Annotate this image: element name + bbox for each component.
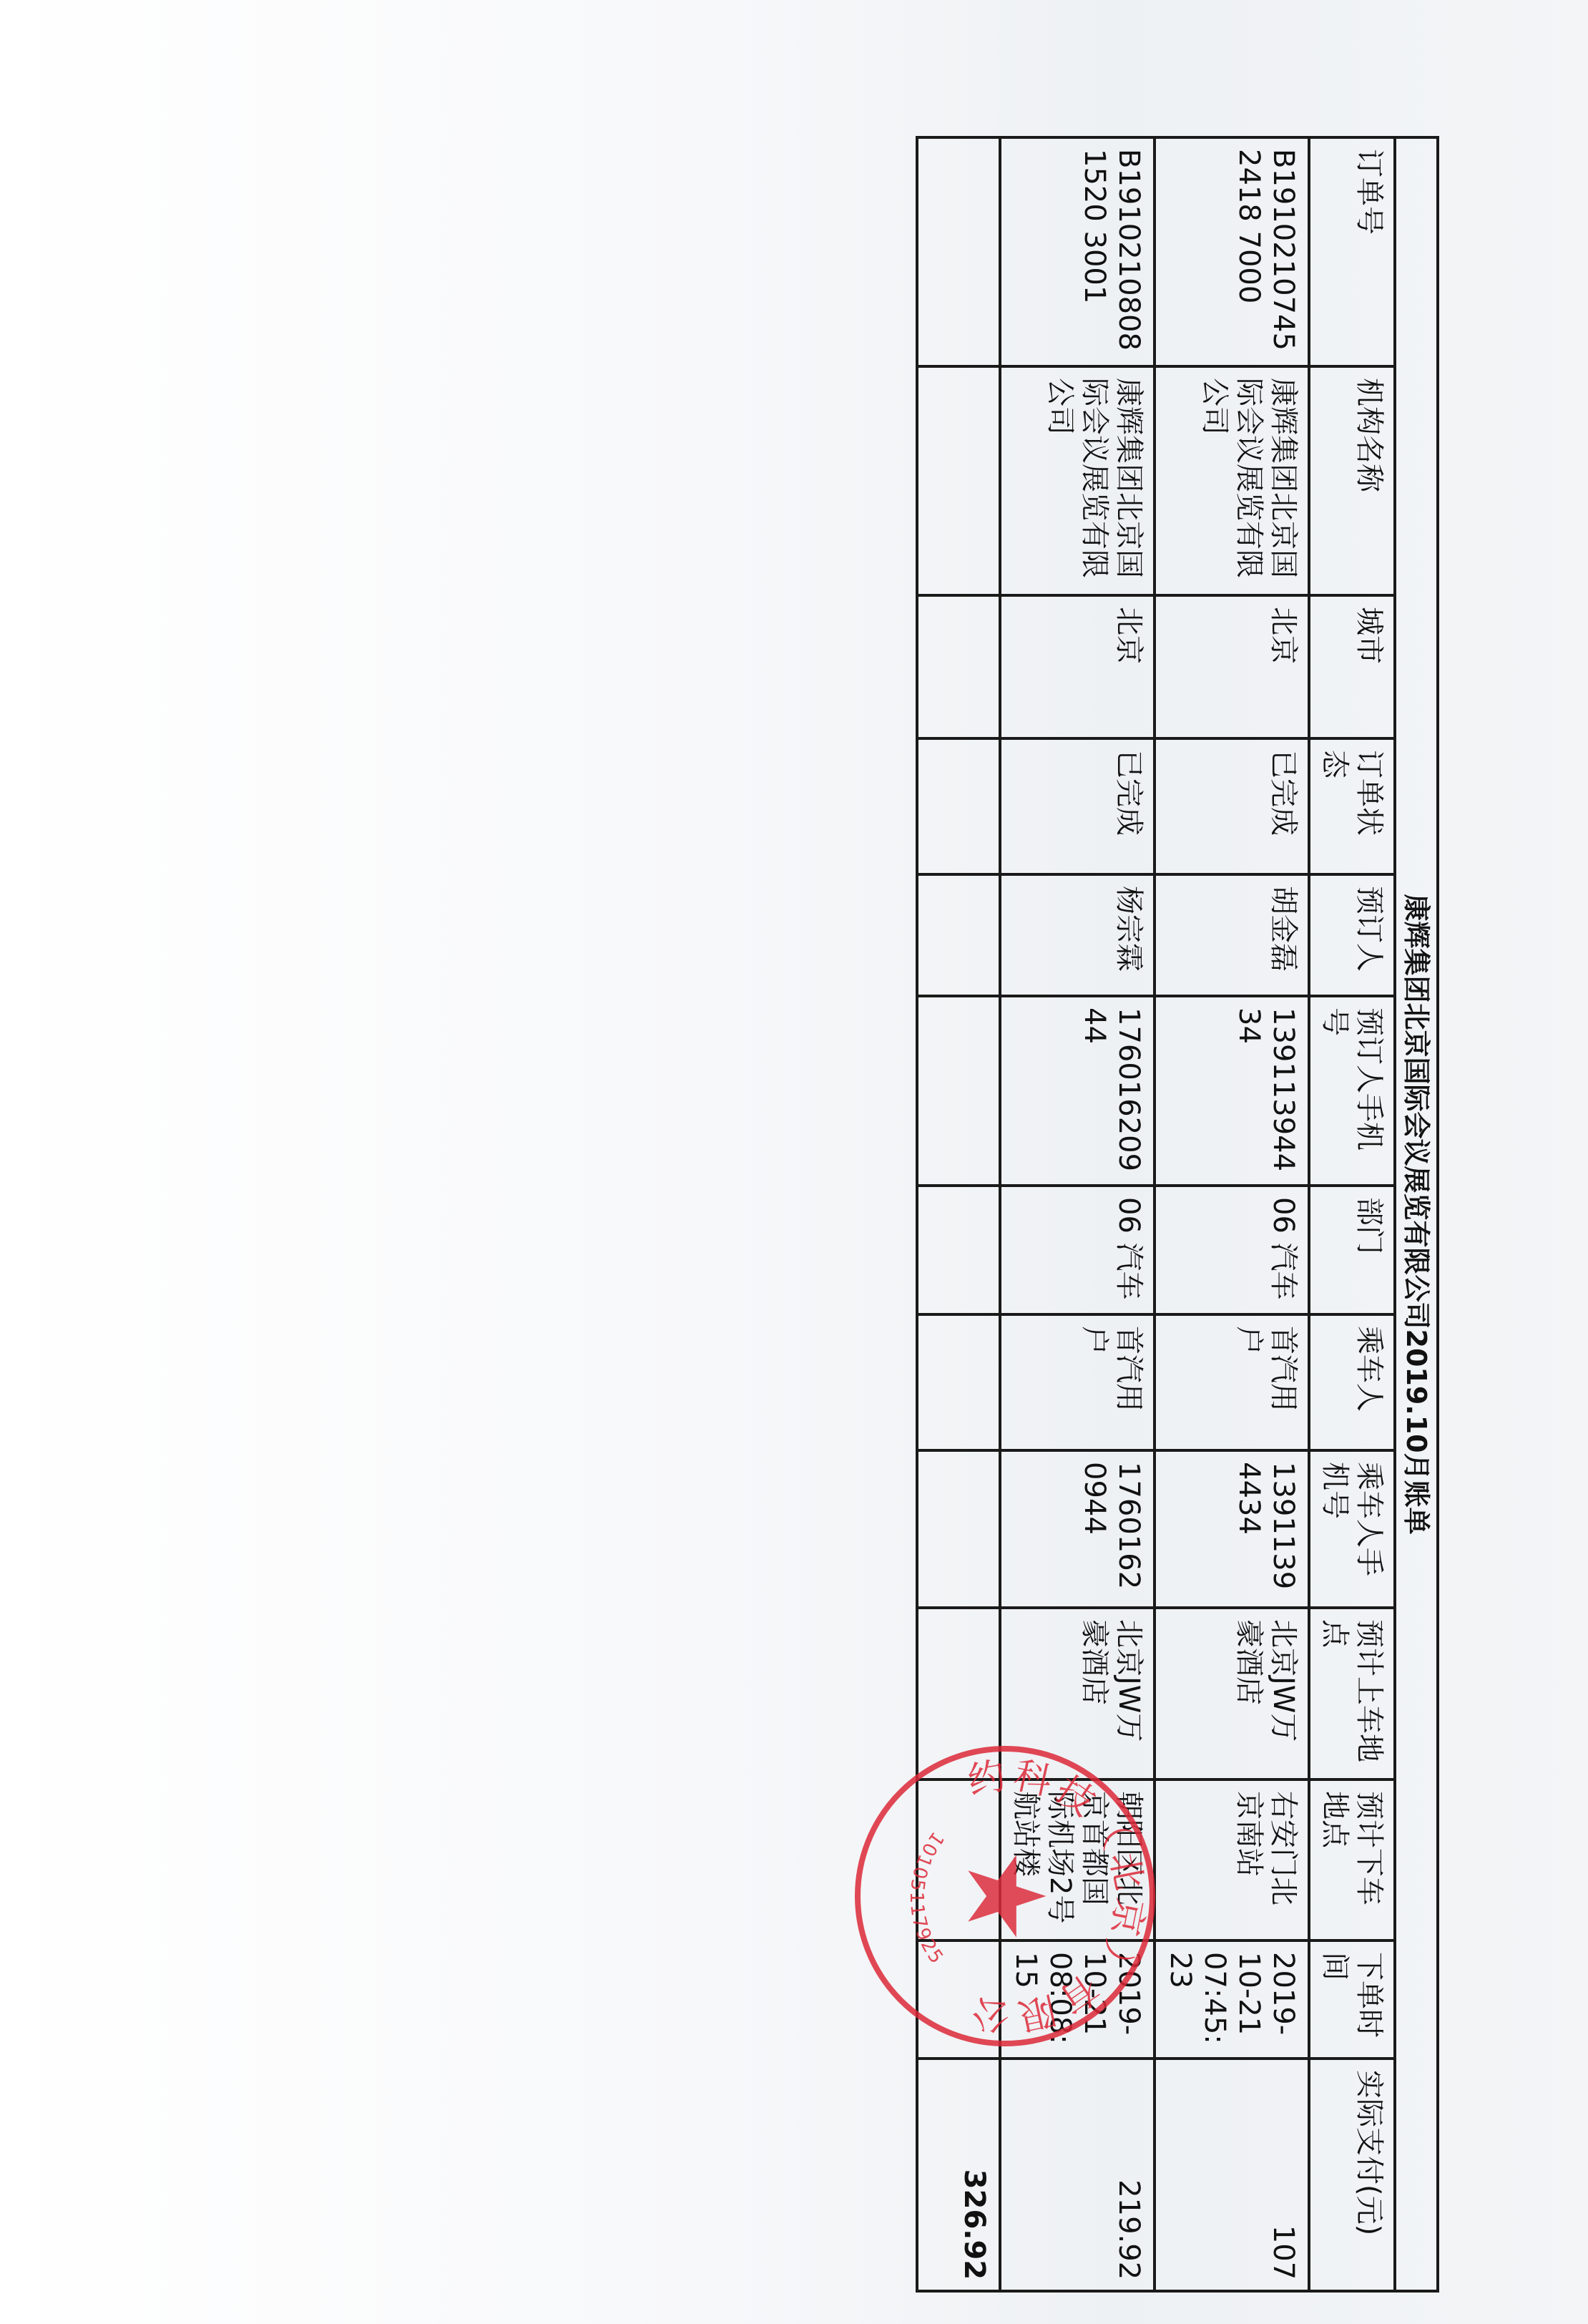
passenger: 首汽用户 xyxy=(1000,1314,1155,1450)
star-icon: ★ xyxy=(951,1848,1059,1944)
dropoff-location: 右安门北京南站 xyxy=(1155,1779,1309,1940)
org-name: 康辉集团北京国际会议展览有限公司 xyxy=(1155,366,1309,595)
department: 06 汽车 xyxy=(1000,1186,1155,1314)
org-name: 康辉集团北京国际会议展览有限公司 xyxy=(1000,366,1155,595)
col-header: 预订人手机号 xyxy=(1309,996,1395,1186)
col-header: 乘车人 xyxy=(1309,1314,1395,1450)
col-header: 预计下车地点 xyxy=(1309,1779,1395,1940)
empty-cell xyxy=(917,738,1000,874)
col-header: 实际支付(元) xyxy=(1309,2059,1395,2291)
order-time: 2019-10-21 07:45:23 xyxy=(1155,1940,1309,2059)
header-row: 订单号 机构名称 城市 订单状态 预订人 预订人手机号 部门 乘车人 乘车人手机… xyxy=(1309,137,1395,2291)
paid-amount: 107 xyxy=(1155,2059,1309,2291)
col-header: 城市 xyxy=(1309,595,1395,738)
booker: 胡金磊 xyxy=(1155,874,1309,996)
col-header: 乘车人手机号 xyxy=(1309,1450,1395,1608)
booker-phone: 17601620944 xyxy=(1000,996,1155,1186)
order-status: 已完成 xyxy=(1000,738,1155,874)
col-header: 下单时间 xyxy=(1309,1940,1395,2059)
empty-cell xyxy=(917,1186,1000,1314)
order-no: B19102107452418 7000 xyxy=(1155,137,1309,366)
total-amount: 326.92 xyxy=(917,2059,1000,2291)
booker: 杨宗霖 xyxy=(1000,874,1155,996)
company-seal: 首约科技（北京）有限公司 1101051179253 ★ xyxy=(855,1746,1155,2046)
pickup-location: 北京JW万豪酒店 xyxy=(1155,1608,1309,1779)
passenger-phone: 13911394434 xyxy=(1155,1450,1309,1608)
empty-cell xyxy=(917,366,1000,595)
col-header: 部门 xyxy=(1309,1186,1395,1314)
passenger: 首汽用户 xyxy=(1155,1314,1309,1450)
department: 06 汽车 xyxy=(1155,1186,1309,1314)
col-header: 订单状态 xyxy=(1309,738,1395,874)
col-header: 预计上车地点 xyxy=(1309,1608,1395,1779)
col-header: 预订人 xyxy=(1309,874,1395,996)
empty-cell xyxy=(917,1450,1000,1608)
passenger-phone: 17601620944 xyxy=(1000,1450,1155,1608)
city: 北京 xyxy=(1155,595,1309,738)
empty-cell xyxy=(917,595,1000,738)
bill-title: 康辉集团北京国际会议展览有限公司2019.10月账单 xyxy=(1395,137,1438,2291)
empty-cell xyxy=(917,996,1000,1186)
order-no: B19102108081520 3001 xyxy=(1000,137,1155,366)
col-header: 机构名称 xyxy=(1309,366,1395,595)
title-row: 康辉集团北京国际会议展览有限公司2019.10月账单 xyxy=(1395,137,1438,2291)
paid-amount: 219.92 xyxy=(1000,2059,1155,2291)
city: 北京 xyxy=(1000,595,1155,738)
col-header: 订单号 xyxy=(1309,137,1395,366)
order-status: 已完成 xyxy=(1155,738,1309,874)
empty-cell xyxy=(917,137,1000,366)
table-row: B19102107452418 7000 康辉集团北京国际会议展览有限公司 北京… xyxy=(1155,137,1309,2291)
booker-phone: 13911394434 xyxy=(1155,996,1309,1186)
empty-cell xyxy=(917,1314,1000,1450)
empty-cell xyxy=(917,874,1000,996)
